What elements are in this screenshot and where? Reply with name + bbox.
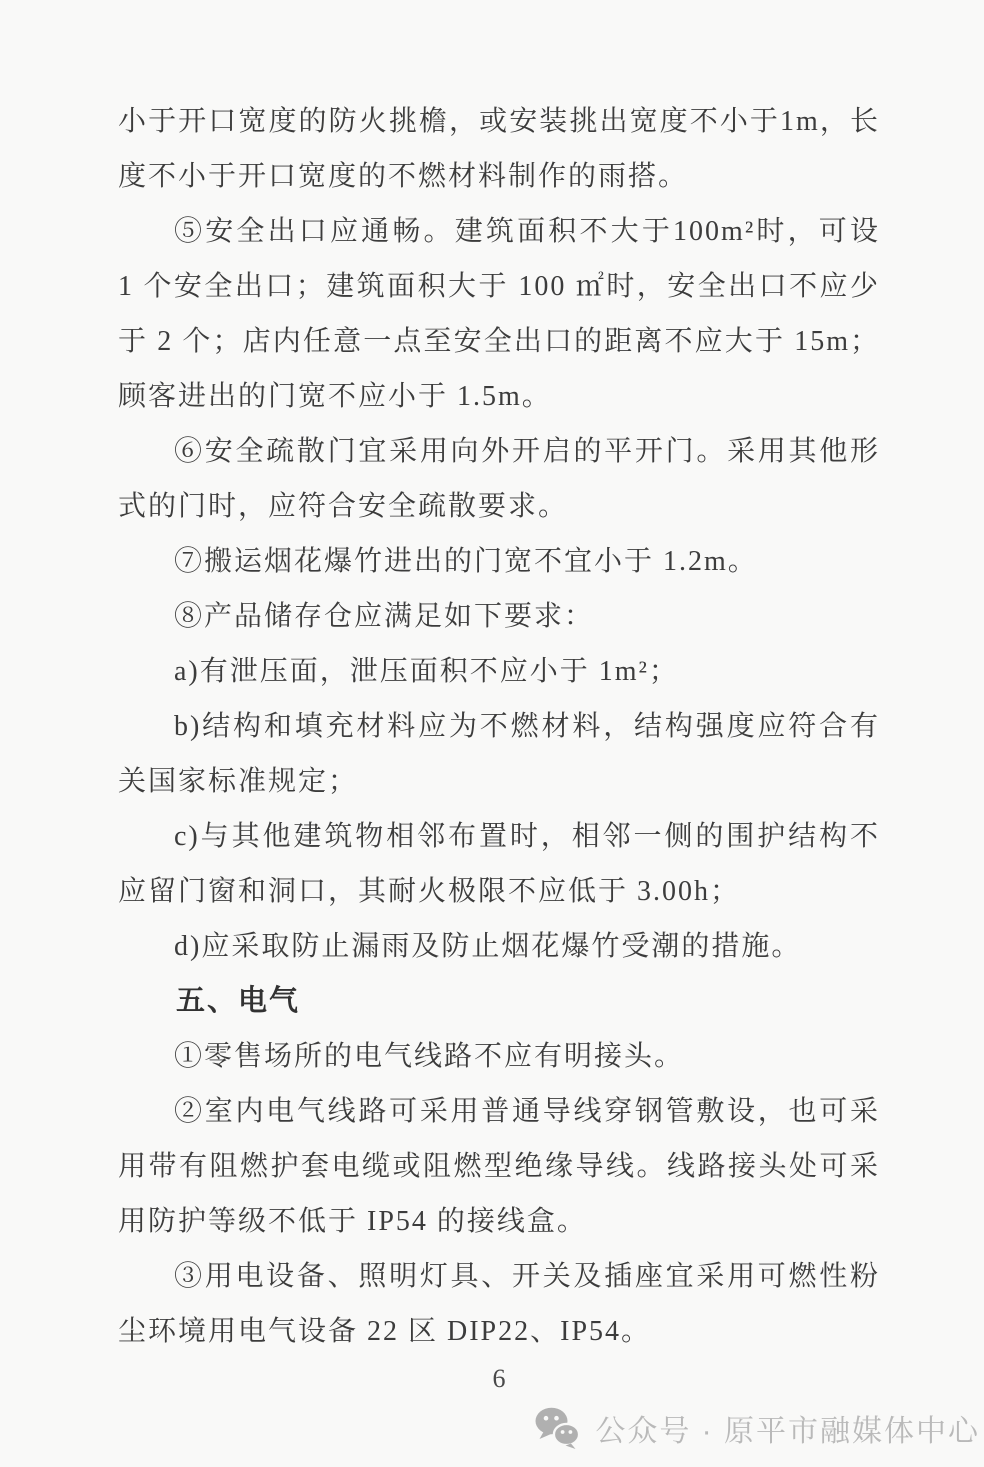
list-item-a: a)有泄压面，泄压面积不应小于 1m²；: [118, 644, 880, 699]
wechat-icon: [534, 1406, 581, 1450]
list-item-b: b)结构和填充材料应为不燃材料，结构强度应符合有关国家标准规定；: [118, 699, 880, 809]
paragraph: ⑦搬运烟花爆竹进出的门宽不宜小于 1.2m。: [118, 534, 880, 589]
list-item-c: c)与其他建筑物相邻布置时，相邻一侧的围护结构不应留门窗和洞口，其耐火极限不应低…: [118, 809, 880, 919]
paragraph: ①零售场所的电气线路不应有明接头。: [118, 1029, 880, 1084]
paragraph: ②室内电气线路可采用普通导线穿钢管敷设，也可采用带有阻燃护套电缆或阻燃型绝缘导线…: [118, 1084, 880, 1249]
paragraph: ⑤安全出口应通畅。建筑面积不大于100m²时，可设 1 个安全出口；建筑面积大于…: [118, 204, 880, 424]
paragraph: 小于开口宽度的防火挑檐，或安装挑出宽度不小于1m，长度不小于开口宽度的不燃材料制…: [118, 94, 880, 204]
list-item-d: d)应采取防止漏雨及防止烟花爆竹受潮的措施。: [118, 919, 880, 974]
document-body: 小于开口宽度的防火挑檐，或安装挑出宽度不小于1m，长度不小于开口宽度的不燃材料制…: [118, 94, 880, 1359]
section-heading: 五、电气: [118, 974, 880, 1029]
page-number: 6: [118, 1364, 880, 1394]
paragraph: ⑥安全疏散门宜采用向外开启的平开门。采用其他形式的门时，应符合安全疏散要求。: [118, 424, 880, 534]
paragraph: ③用电设备、照明灯具、开关及插座宜采用可燃性粉尘环境用电气设备 22 区 DIP…: [118, 1249, 880, 1359]
watermark-label: 公众号 · 原平市融媒体中心: [595, 1406, 980, 1450]
paragraph: ⑧产品储存仓应满足如下要求：: [118, 589, 880, 644]
watermark: 公众号 · 原平市融媒体中心: [534, 1406, 980, 1450]
document-page: 小于开口宽度的防火挑檐，或安装挑出宽度不小于1m，长度不小于开口宽度的不燃材料制…: [0, 0, 984, 1467]
